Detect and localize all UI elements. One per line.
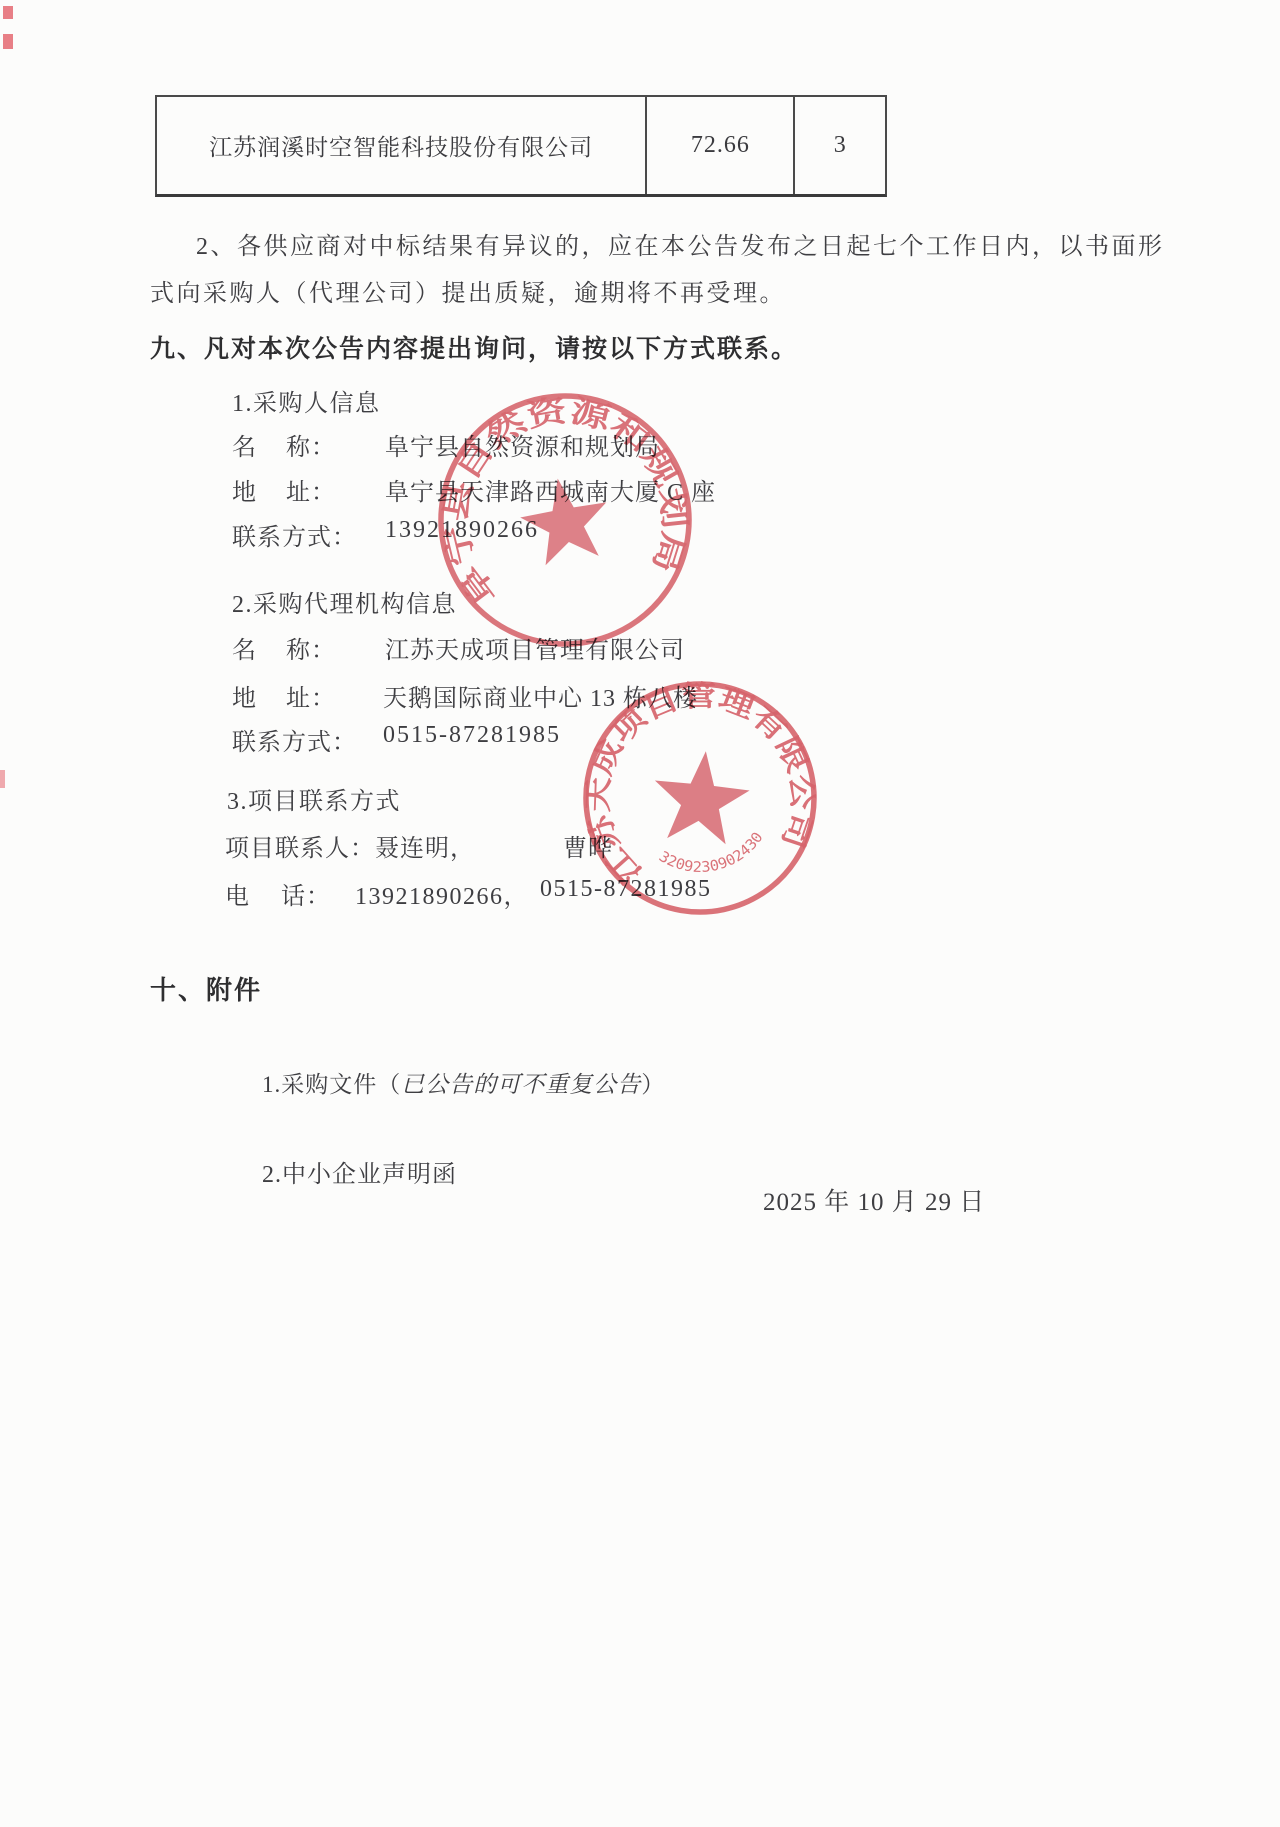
purchaser-address-row: 地 址： 阜宁县天津路西城南大厦 C 座 xyxy=(232,472,336,507)
purchaser-phone-value: 13921890266 xyxy=(385,517,539,544)
address-label: 地 址： xyxy=(232,678,336,713)
name-label-b: 称： xyxy=(286,630,336,665)
bid-result-table: 江苏润溪时空智能科技股份有限公司 72.66 3 xyxy=(155,95,887,197)
seal-star-icon xyxy=(649,746,753,846)
scanned-document-page: 江苏润溪时空智能科技股份有限公司 72.66 3 2、各供应商对中标结果有异议的… xyxy=(0,0,1280,1827)
address-label-a: 地 xyxy=(232,678,257,713)
project-tel-row: 电 话： 13921890266， 0515-87281985 xyxy=(225,876,331,911)
project-person-1: 聂连明， xyxy=(375,828,475,863)
agency-address-value: 天鹅国际商业中心 13 栋八楼 xyxy=(383,678,698,713)
name-label-b: 称： xyxy=(286,427,336,462)
attachment1-italic: 已公告的可不重复公告 xyxy=(401,1072,641,1097)
purchaser-info-title: 1.采购人信息 xyxy=(232,383,381,418)
table-cell-score: 72.66 xyxy=(647,97,795,194)
purchaser-name-row: 名 称： 阜宁县自然资源和规划局 xyxy=(232,427,336,462)
objection-paragraph-line2: 式向采购人（代理公司）提出质疑，逾期将不再受理。 xyxy=(150,279,786,309)
name-label: 名 称： xyxy=(232,630,336,665)
spacer xyxy=(475,828,563,863)
project-tel-2: 0515-87281985 xyxy=(540,876,712,903)
address-label-b: 址： xyxy=(286,472,336,507)
address-label-a: 地 xyxy=(232,472,257,507)
scan-artifact xyxy=(3,34,13,49)
attachment-item-2: 2.中小企业声明函 xyxy=(262,1154,457,1189)
agency-info-title: 2.采购代理机构信息 xyxy=(232,584,457,619)
scan-artifact xyxy=(0,770,5,788)
tel-label-a: 电 xyxy=(225,876,250,911)
project-person-2: 曹晔 xyxy=(563,828,613,863)
agency-name-value: 江苏天成项目管理有限公司 xyxy=(385,630,685,665)
name-label-a: 名 xyxy=(232,427,257,462)
agency-address-row: 地 址： 天鹅国际商业中心 13 栋八楼 xyxy=(232,678,336,713)
name-label-a: 名 xyxy=(232,630,257,665)
contact-label: 联系方式： xyxy=(232,517,357,552)
address-label: 地 址： xyxy=(232,472,336,507)
attachment1-suffix: ） xyxy=(641,1072,665,1097)
attachment1-prefix: 1.采购文件（ xyxy=(262,1072,401,1097)
purchaser-contact-row: 联系方式： 13921890266 xyxy=(232,517,357,552)
project-person-label: 项目联系人： xyxy=(225,828,375,863)
name-label: 名 称： xyxy=(232,427,336,462)
purchaser-name-value: 阜宁县自然资源和规划局 xyxy=(385,427,660,462)
section10-heading: 十、附件 xyxy=(150,970,262,1007)
contact-label: 联系方式： xyxy=(232,722,357,757)
agency-phone-value: 0515-87281985 xyxy=(383,722,561,749)
agency-contact-row: 联系方式： 0515-87281985 xyxy=(232,722,357,757)
objection-paragraph-line1: 2、各供应商对中标结果有异议的，应在本公告发布之日起七个工作日内，以书面形 xyxy=(196,232,1165,262)
purchaser-address-value: 阜宁县天津路西城南大厦 C 座 xyxy=(385,472,716,507)
section9-heading: 九、凡对本次公告内容提出询问，请按以下方式联系。 xyxy=(150,329,798,365)
project-tel-1: 13921890266， xyxy=(355,876,529,911)
table-cell-rank: 3 xyxy=(795,97,885,194)
agency-name-row: 名 称： 江苏天成项目管理有限公司 xyxy=(232,630,336,665)
attachment-item-1: 1.采购文件（已公告的可不重复公告） xyxy=(262,1066,665,1099)
address-label-b: 址： xyxy=(286,678,336,713)
scan-artifact xyxy=(3,6,13,19)
tel-label-b: 话： xyxy=(281,876,331,911)
tel-label: 电 话： xyxy=(225,876,331,911)
project-contact-title: 3.项目联系方式 xyxy=(227,781,401,816)
project-person-row: 项目联系人： 聂连明， 曹晔 xyxy=(225,828,613,863)
announcement-date: 2025 年 10 月 29 日 xyxy=(763,1182,985,1218)
table-cell-supplier: 江苏润溪时空智能科技股份有限公司 xyxy=(157,97,647,194)
